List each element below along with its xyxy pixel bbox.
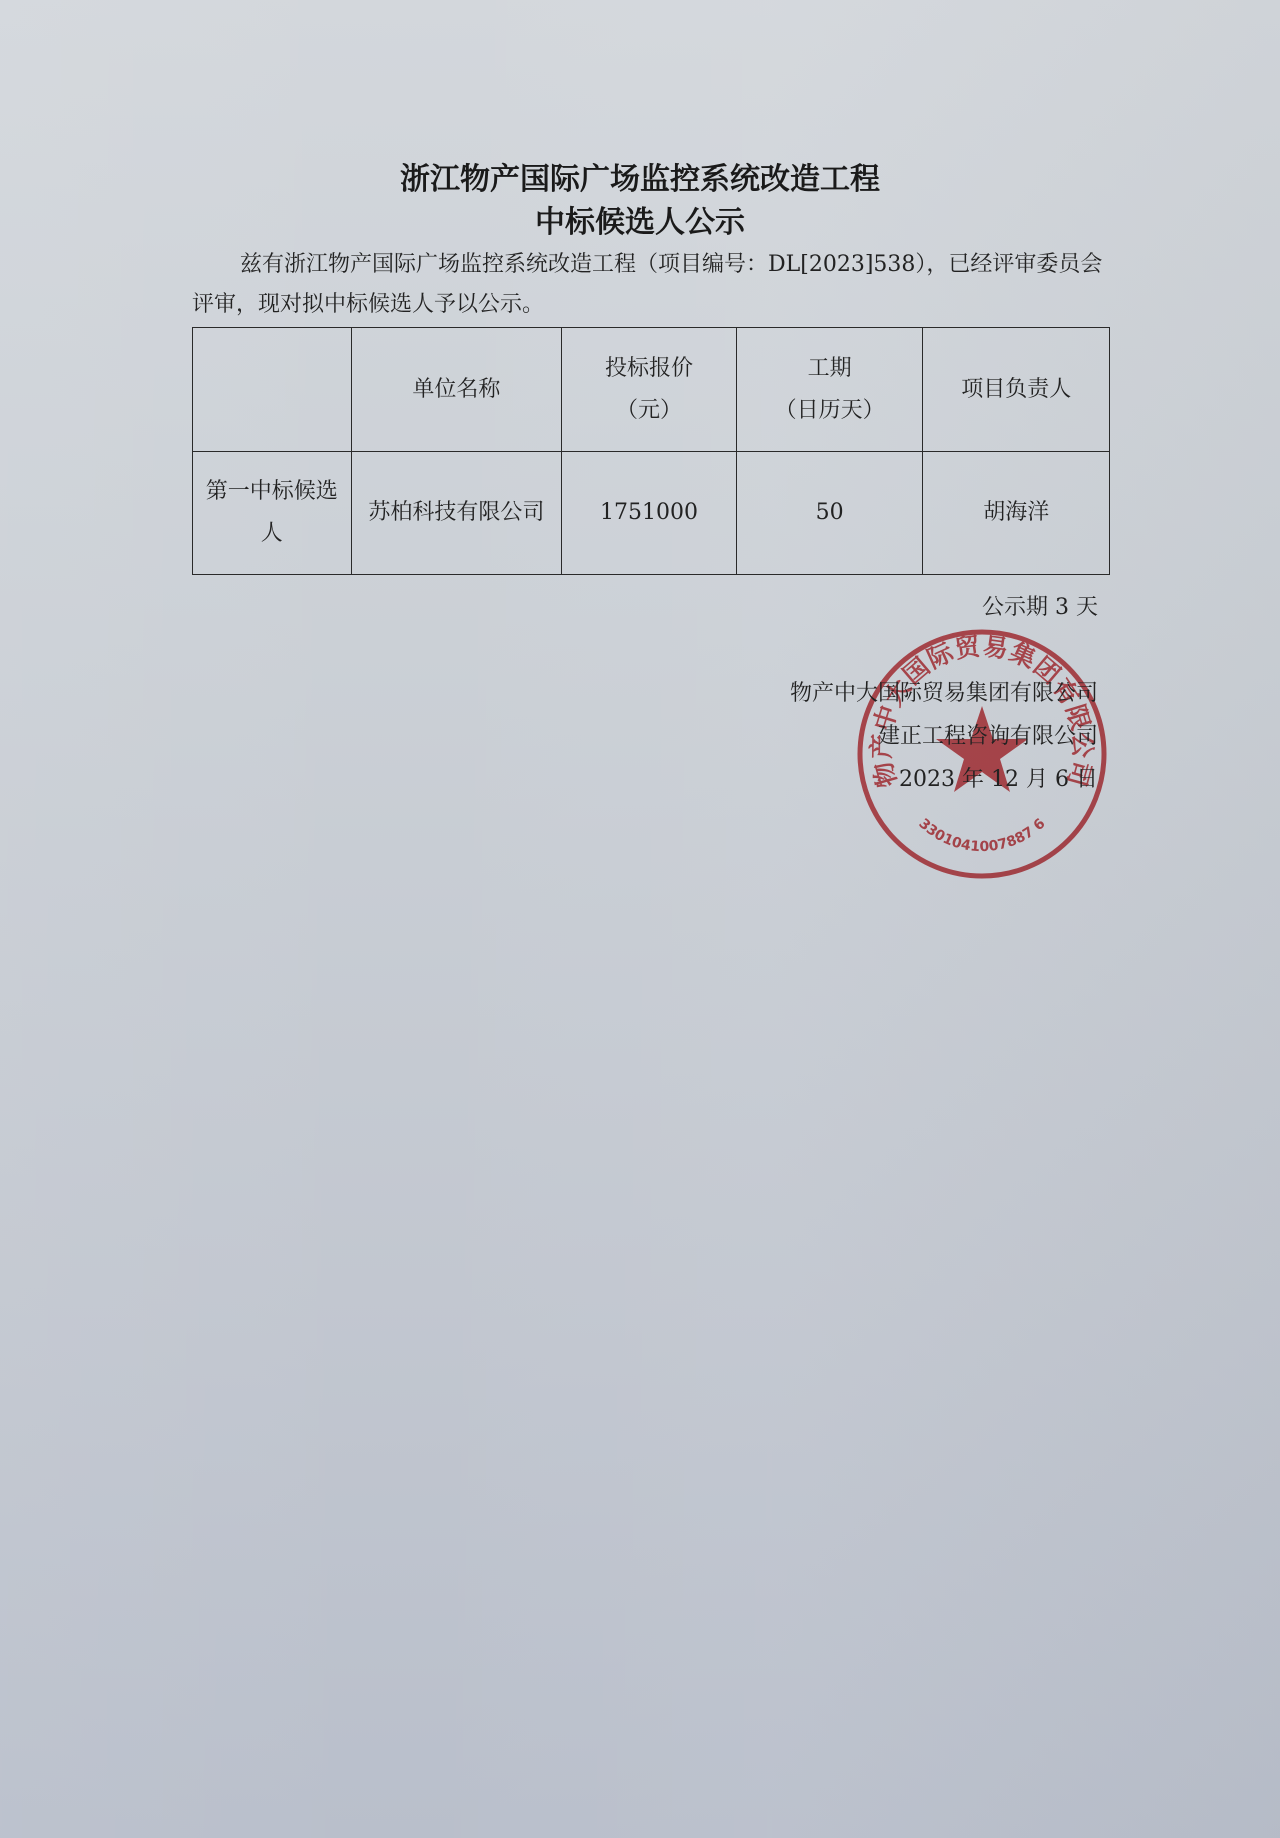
stamp-code: 3301041007887 6 (915, 816, 1048, 855)
cell-company: 苏柏科技有限公司 (351, 452, 561, 575)
header-company: 单位名称 (351, 328, 561, 452)
issue-date: 2023 年 12 月 6 日 (899, 762, 1098, 793)
header-bid-price: 投标报价 （元） (562, 328, 737, 452)
cell-project-manager: 胡海洋 (923, 452, 1110, 575)
cell-rank: 第一中标候选人 (193, 452, 352, 575)
table-header-row: 单位名称 投标报价 （元） 工期 （日历天） 项目负责人 (193, 328, 1110, 452)
document-subtitle: 中标候选人公示 (0, 197, 1280, 241)
header-duration-unit: （日历天） (743, 390, 917, 432)
document-title: 浙江物产国际广场监控系统改造工程 (0, 154, 1280, 198)
header-rank (193, 328, 352, 452)
intro-paragraph: 兹有浙江物产国际广场监控系统改造工程（项目编号：DL[2023]538），已经评… (192, 245, 1112, 325)
cell-bid-price: 1751000 (562, 452, 737, 575)
header-duration-label: 工期 (743, 348, 917, 390)
header-bid-price-unit: （元） (568, 390, 730, 432)
issuer-tenderer: 物产中大国际贸易集团有限公司 (790, 676, 1098, 707)
table-row: 第一中标候选人 苏柏科技有限公司 1751000 50 胡海洋 (193, 452, 1110, 575)
header-duration: 工期 （日历天） (736, 328, 923, 452)
publicity-period: 公示期 3 天 (982, 590, 1098, 621)
cell-duration: 50 (736, 452, 923, 575)
svg-text:3301041007887 6: 3301041007887 6 (915, 816, 1048, 855)
header-bid-price-label: 投标报价 (568, 348, 730, 390)
header-project-manager: 项目负责人 (923, 328, 1110, 452)
company-seal-stamp: 物产中大国际贸易集团有限公司 3301041007887 6 (852, 624, 1112, 884)
issuer-agency: 建正工程咨询有限公司 (878, 719, 1098, 750)
candidate-table: 单位名称 投标报价 （元） 工期 （日历天） 项目负责人 第一中标候选人 苏柏科… (192, 327, 1110, 575)
